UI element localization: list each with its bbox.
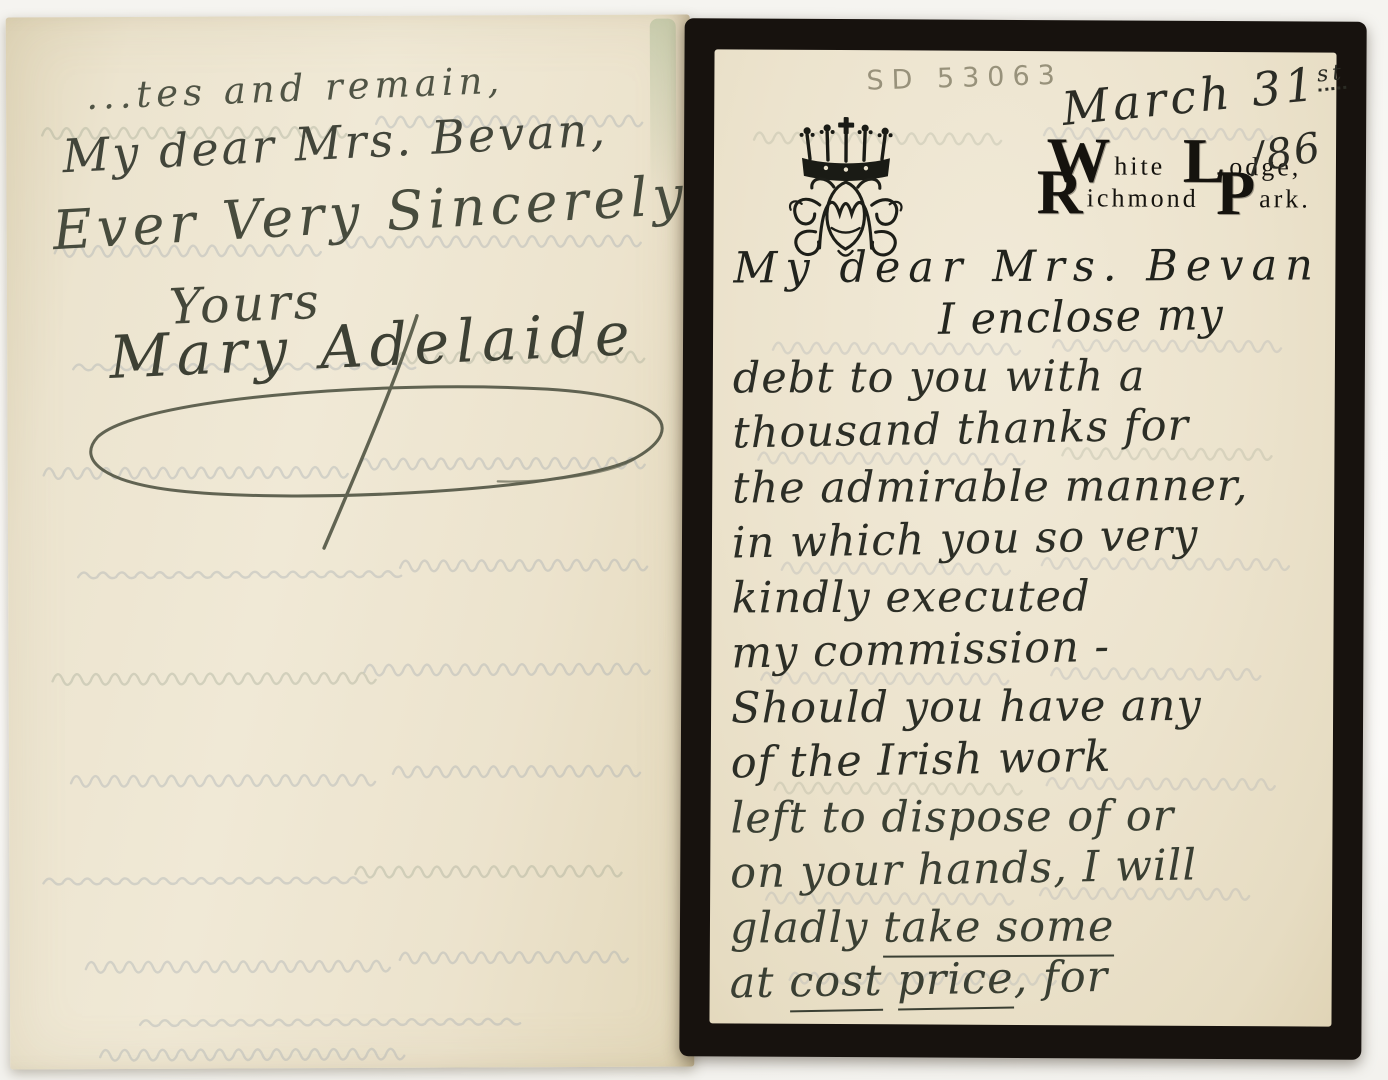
handwritten-line: of the Irish work (730, 728, 1331, 793)
bleedthrough-stroke (393, 766, 640, 778)
text-segment: the admirable manner, (732, 461, 1248, 514)
text-segment: kindly executed (732, 572, 1091, 624)
text-segment: debt to you with a (733, 351, 1146, 403)
bleedthrough-stroke (78, 571, 401, 578)
bleedthrough-stroke (355, 866, 621, 878)
text-segment: in which you so very (731, 510, 1198, 568)
text-segment: cost (789, 956, 883, 1013)
handwritten-line: I enclose my (733, 288, 1334, 353)
text-segment (882, 956, 898, 1006)
handwritten-line: thousand thanks for (732, 398, 1333, 463)
text-segment: My dear Mrs. Bevan (733, 240, 1321, 293)
text-segment: I enclose my (938, 290, 1225, 345)
text-segment: thousand thanks for (732, 401, 1189, 459)
text-segment: gladly (730, 903, 883, 954)
letter-page-right: SD 53063 March 31st /86 (679, 18, 1366, 1060)
text-segment: left to dispose of or (730, 791, 1174, 843)
handwritten-line: in which you so very (731, 508, 1332, 573)
bleedthrough-stroke (53, 673, 376, 685)
text-segment: on your hands, I will (730, 840, 1198, 898)
signature-flourish-icon (77, 315, 688, 558)
mourning-paper: SD 53063 March 31st /86 (709, 49, 1336, 1026)
bleedthrough-stroke (86, 961, 390, 973)
text-segment: price (897, 954, 1014, 1011)
bleedthrough-stroke (400, 952, 628, 964)
bleedthrough-stroke (400, 560, 647, 572)
handwritten-line: on your hands, I will (730, 838, 1331, 903)
letterhead-line2: Richmond Park. (1009, 183, 1339, 215)
handwritten-line: my commission - (731, 618, 1332, 683)
letter-body: My dear Mrs. BevanI enclose mydebt to yo… (730, 243, 1334, 1016)
letter-scan: ...tes and remain,My dear Mrs. Bevan,Eve… (0, 0, 1388, 1080)
bleedthrough-stroke (100, 1049, 404, 1061)
text-segment: Should you have any (731, 681, 1202, 733)
text-segment: of the Irish work (730, 732, 1111, 789)
ornate-initial: R (1037, 156, 1086, 227)
catalog-number: SD 53063 (866, 60, 1063, 97)
letter-page-left: ...tes and remain,My dear Mrs. Bevan,Eve… (6, 15, 695, 1070)
bleedthrough-stroke (365, 664, 650, 676)
text-segment: my commission - (731, 622, 1111, 679)
closing-line: ...tes and remain, (85, 59, 505, 118)
bleedthrough-stroke (140, 1019, 520, 1026)
bleedthrough-stroke (43, 877, 366, 884)
bleedthrough-stroke (71, 775, 375, 787)
text-segment: , for (1013, 952, 1109, 1004)
text-segment: at (729, 957, 789, 1008)
handwritten-line: at cost price, for (729, 948, 1330, 1013)
text-segment: take some (883, 901, 1115, 957)
date-suffix: st (1316, 60, 1347, 92)
closing-text: ...tes and remain,My dear Mrs. Bevan,Eve… (6, 15, 690, 18)
